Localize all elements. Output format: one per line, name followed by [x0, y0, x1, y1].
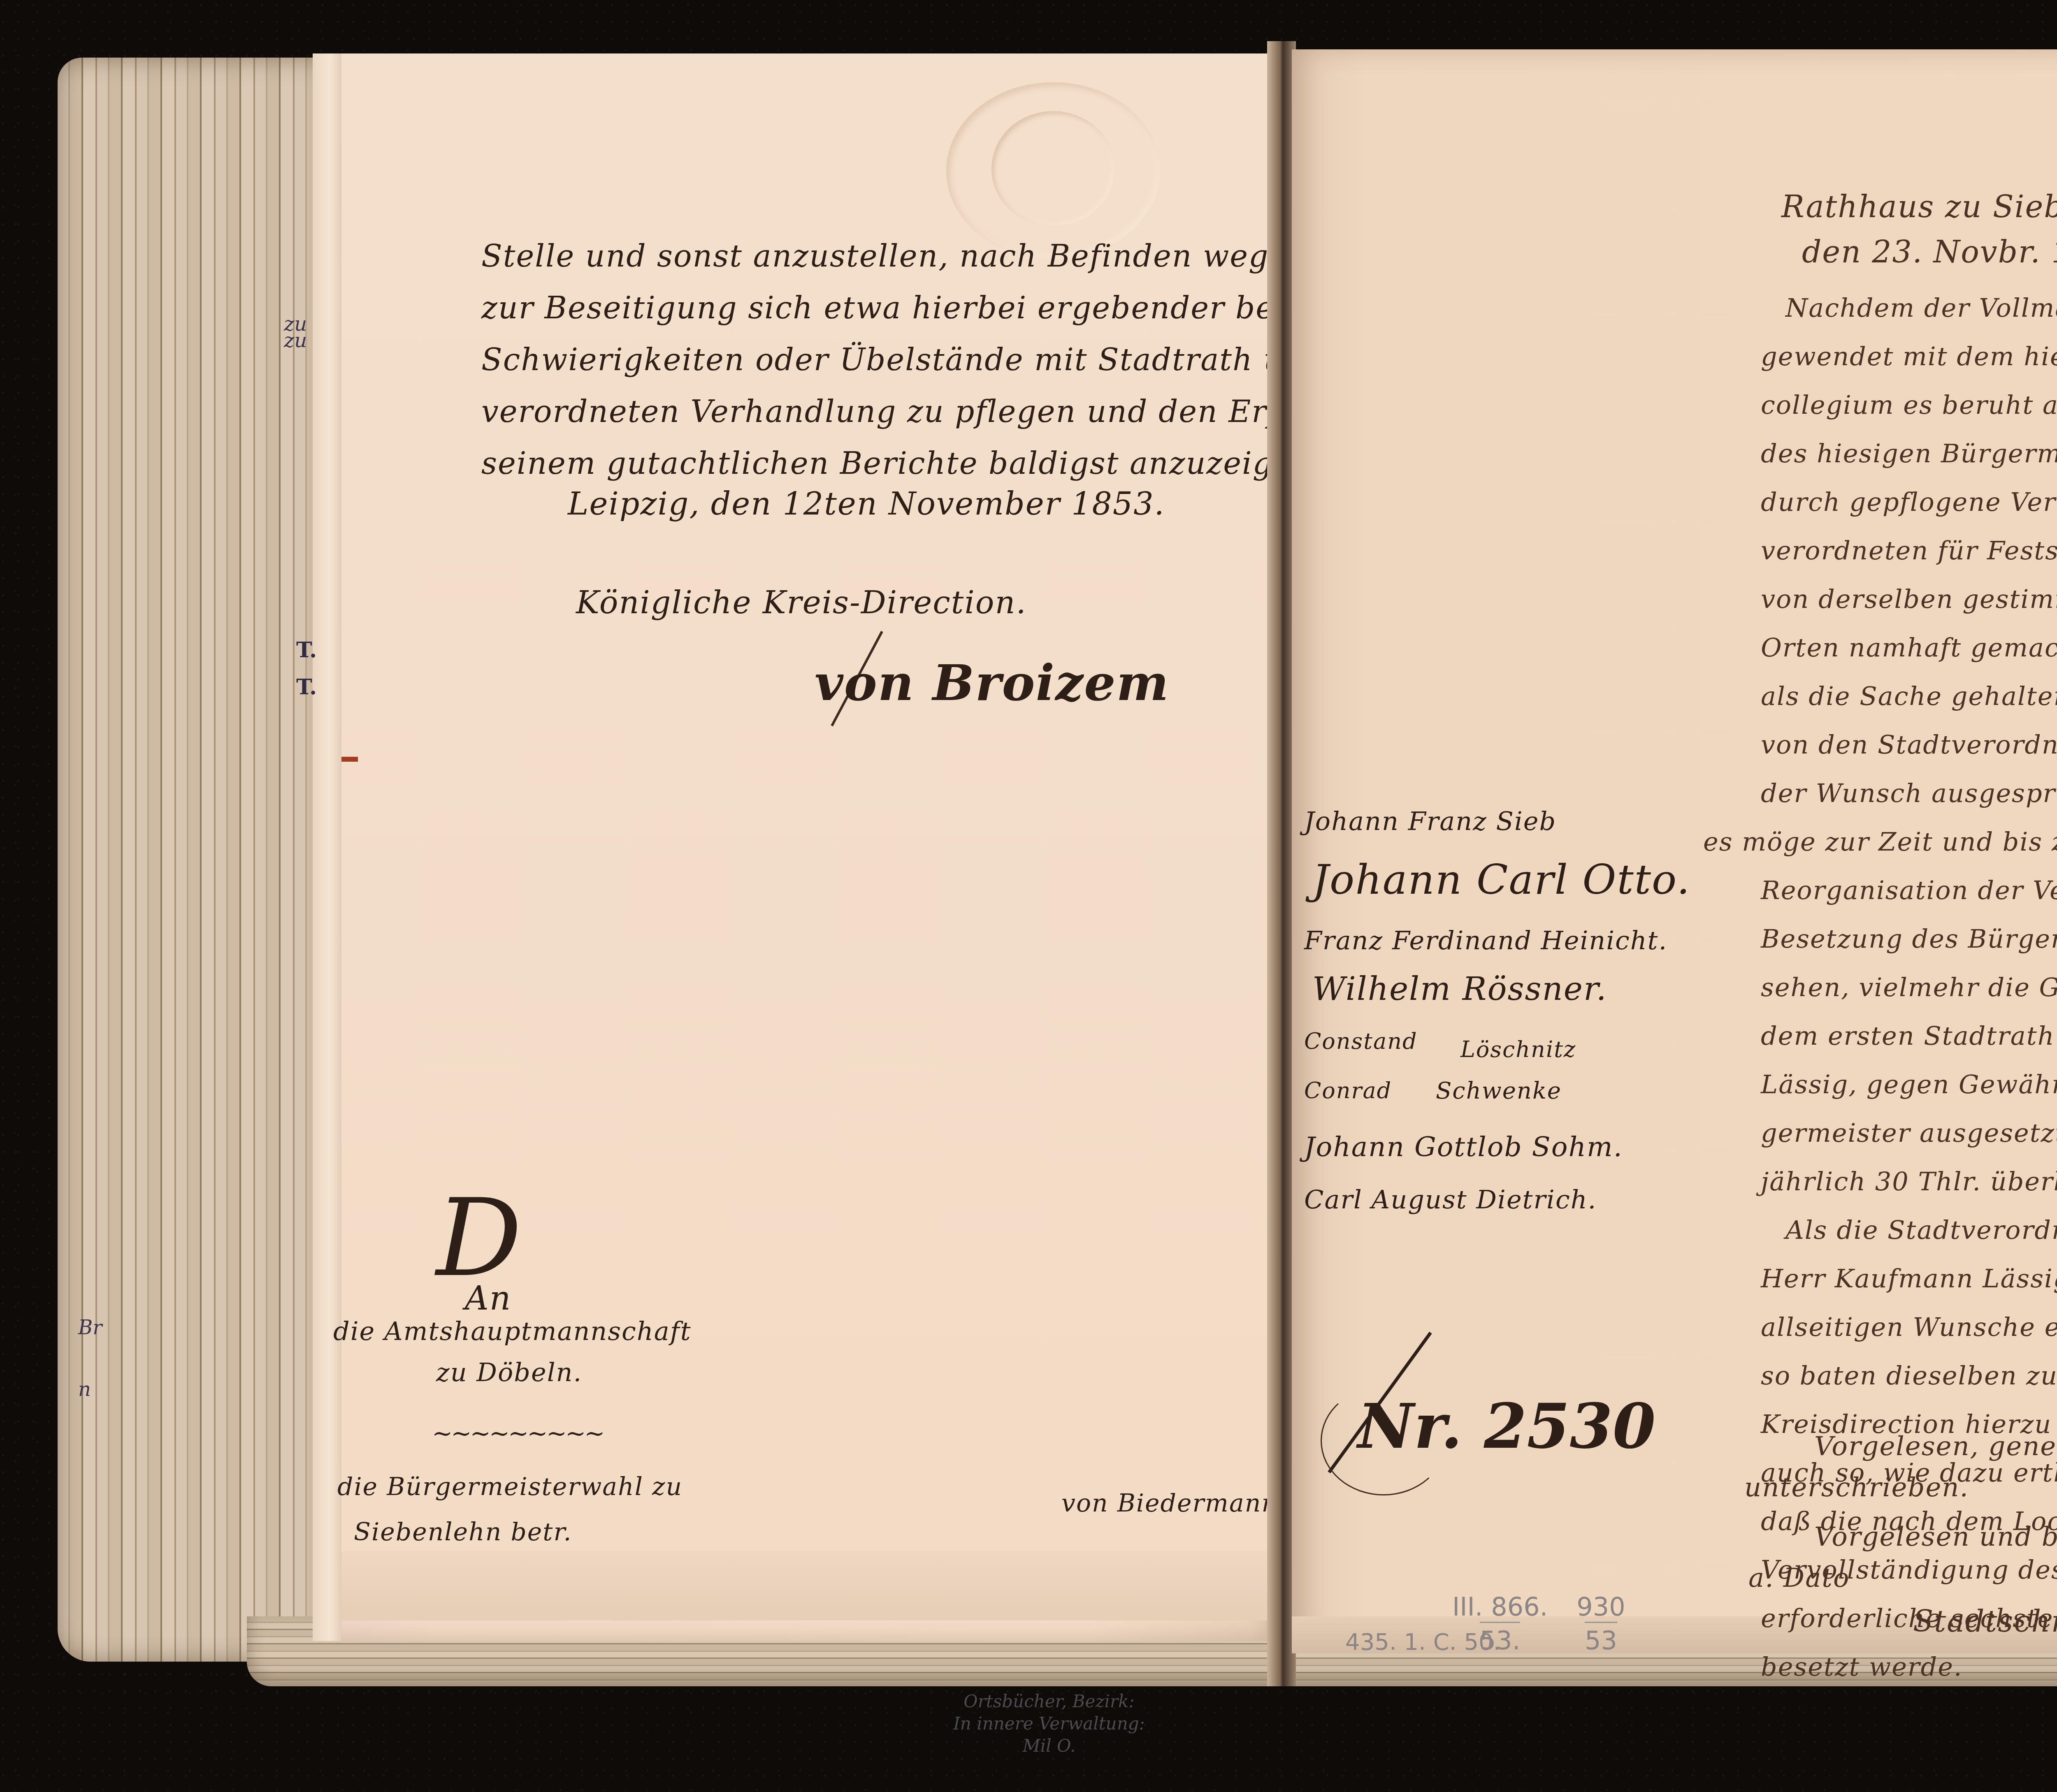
body-line: der Wunsch ausgesprochen: [1761, 769, 2057, 818]
edge-note: Br [78, 1316, 102, 1339]
body-line: dem ersten Stadtrath Herrn Kaufmann [1761, 1012, 2057, 1060]
red-ink-mark [341, 757, 358, 762]
left-binding-strip [313, 53, 341, 1641]
address-place: zu Döbeln. [436, 1357, 582, 1387]
edge-note: n [78, 1378, 91, 1401]
body-line: Nachdem der Vollmacht-Stelle hieß [1761, 284, 2057, 332]
page-edges-left [58, 58, 337, 1662]
body-line: von den Stadtverordneten einstimmig [1761, 721, 2057, 769]
protocol-place: Rathhaus zu Siebenlehn [1781, 189, 2057, 225]
left-page-body: Stelle und sonst anzustellen, nach Befin… [481, 230, 1255, 489]
signatory-name: Löschnitz [1460, 1036, 1576, 1062]
body-line: durch gepflogene Verhandlungen die Stadt… [1761, 478, 2057, 526]
body-line: Besetzung des Bürgermeisterpostens abge- [1761, 915, 2057, 963]
left-page-bottom-strip [337, 1551, 1284, 1620]
body-line: als die Sache gehalten, hierbei wurde [1761, 672, 2057, 721]
body-line: collegium es beruht auf die Wiederbesetz… [1761, 381, 2057, 429]
archive-label-line: Mil O. [905, 1735, 1193, 1757]
body-line: von derselben gestimmt, wie sie anderen [1761, 575, 2057, 624]
issuing-authority: Königliche Kreis-Direction. [576, 584, 1027, 621]
body-line: sehen, vielmehr die Geschäfte desselben [1761, 963, 2057, 1012]
body-line: Herr Kaufmann Lässig diesem ihrem [1761, 1254, 2057, 1303]
fraction-denominator: 53. [1480, 1622, 1521, 1655]
pencil-fraction: 930 53 [1576, 1592, 1625, 1655]
signatory-name: Carl August Dietrich. [1304, 1185, 1597, 1215]
signatory-name: Wilhelm Rössner. [1312, 971, 1607, 1008]
margin-note: T. [296, 675, 317, 700]
subject-line: die Bürgermeisterwahl zu [337, 1472, 683, 1501]
letter-date: Leipzig, den 12ten November 1853. [568, 485, 1165, 522]
body-line: besetzt werde. [1761, 1643, 2057, 1691]
body-line: Orten namhaft gemacht sind, deshalb [1761, 624, 2057, 672]
body-line: seinem gutachtlichen Berichte baldigst a… [481, 438, 1255, 489]
body-line: germeister ausgesetzten Gehaltes von [1761, 1109, 2057, 1157]
body-line: Schwierigkeiten oder Übelstände mit Stad… [481, 334, 1255, 386]
closing-line: Vorgelesen, genehmigt und [1814, 1431, 2057, 1462]
archive-label: Ortsbücher, Bezirk: In innere Verwaltung… [905, 1690, 1193, 1757]
closing-line: unterschrieben. [1744, 1472, 1969, 1503]
separator-flourish: ~~~~~~~~~ [432, 1419, 603, 1448]
clerk-signature: Stadtschreiber nach Bef. [1913, 1604, 2057, 1639]
fraction-numerator: 930 [1576, 1592, 1625, 1622]
body-line: Reorganisation der Verwaltungsbehörden v… [1761, 866, 2057, 915]
body-line: so baten dieselben zugleich, daß die K. [1761, 1352, 2057, 1400]
fraction-numerator: III. 866. [1452, 1592, 1548, 1622]
address-an: An [465, 1279, 511, 1317]
registry-number: Nr. 2530 [1358, 1390, 1655, 1463]
body-line: verordneten Verhandlung zu pflegen und d… [481, 386, 1255, 438]
pencil-fraction: III. 866. 53. [1452, 1592, 1548, 1655]
body-line: Lässig, gegen Gewährung des für den Bür- [1761, 1060, 2057, 1109]
body-line: allseitigen Wunsche entsprechen werde, [1761, 1303, 2057, 1352]
signatory-name: Johann Gottlob Sohm. [1304, 1131, 1623, 1163]
address-recipient: die Amtshauptmannschaft [333, 1316, 692, 1346]
body-line: es möge zur Zeit und bis zu der zu erwar… [1703, 818, 2057, 866]
margin-note: T. [296, 638, 317, 663]
protocol-date: den 23. Novbr. 1853. [1802, 234, 2057, 270]
body-line: zur Beseitigung sich etwa hierbei ergebe… [481, 282, 1255, 334]
archive-label-line: Ortsbücher, Bezirk: [905, 1690, 1193, 1713]
fraction-denominator: 53 [1585, 1622, 1617, 1655]
margin-note: zu [284, 329, 307, 352]
signatory-name: Constand [1304, 1028, 1418, 1054]
body-line: des hiesigen Bürgermeisteramtes dieserha… [1761, 429, 2057, 478]
body-line: gewendet mit dem hiesigen Stadtrath- [1761, 332, 2057, 381]
signatory-name: Franz Ferdinand Heinicht. [1304, 925, 1667, 955]
pencil-references: III. 866. 53. 930 53 [1452, 1592, 1625, 1655]
closing-line: Vorgelesen und beendigt u. [1814, 1522, 2057, 1552]
body-line: verordneten für Festsetzung und den [1761, 526, 2057, 575]
signature: von Broizem [815, 654, 1170, 712]
signatory-name: Conrad [1304, 1078, 1392, 1103]
signatory-name: Johann Carl Otto. [1312, 855, 1690, 904]
from-line: von Biedermann [1061, 1489, 1278, 1518]
signatory-name: Johann Franz Sieb [1304, 806, 1556, 836]
closing-line: a. Dato [1748, 1563, 1850, 1593]
body-line: Stelle und sonst anzustellen, nach Befin… [481, 230, 1255, 282]
body-line: jährlich 30 Thlr. überlassen werden. [1761, 1157, 2057, 1206]
body-line: Als die Stadtverordneten hörten, daß [1761, 1206, 2057, 1254]
subject-line: Siebenlehn betr. [354, 1518, 572, 1546]
archive-label-line: In innere Verwaltung: [905, 1713, 1193, 1735]
signatory-name: Schwenke [1436, 1078, 1562, 1104]
